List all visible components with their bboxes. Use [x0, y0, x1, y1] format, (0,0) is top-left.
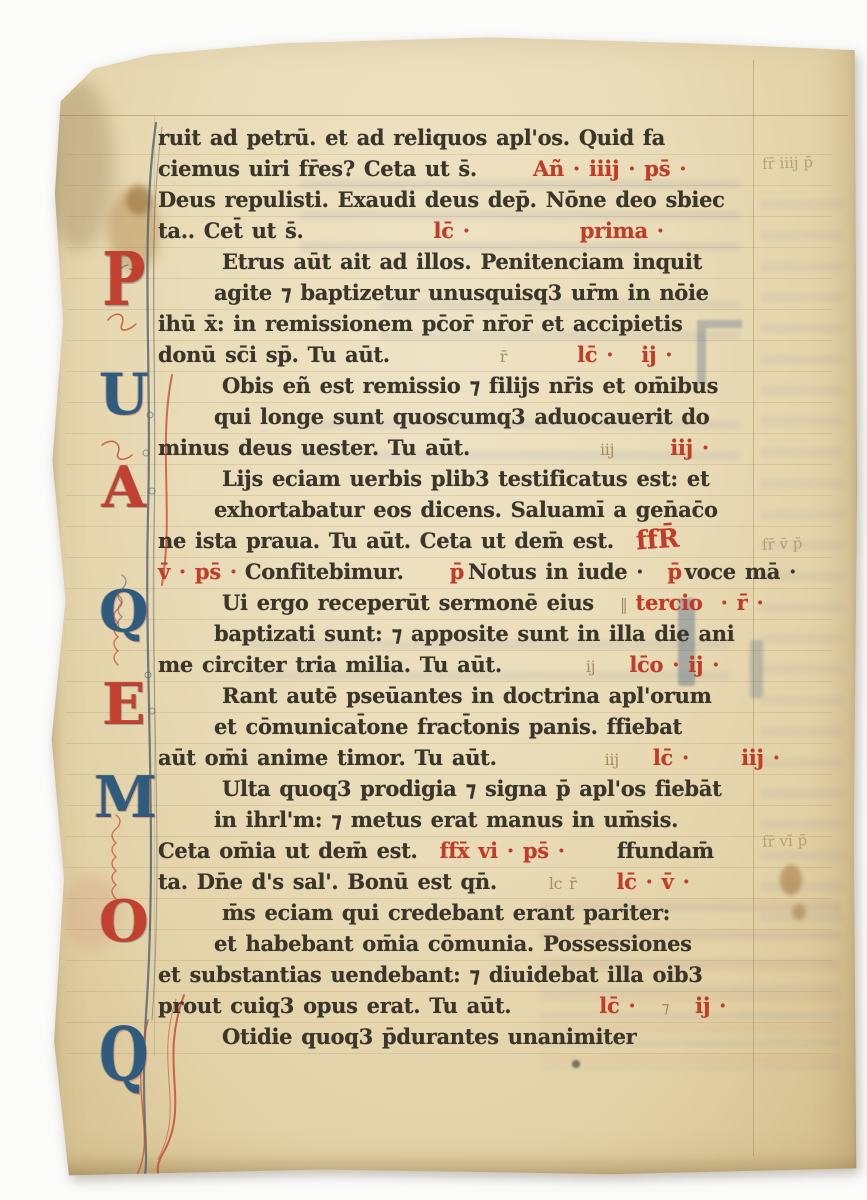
body-text: ihū x̄: in remissionem pc̄or̄ nr̄or̄ et …: [158, 308, 683, 339]
text-line: ne ista praua. Tu aūt. Ceta ut dem̄ est.…: [158, 525, 766, 556]
body-text: qui longe sunt quoscumq3 aduocauerit do: [214, 401, 710, 432]
text-line: Ui ergo receperūt sermonē eius‖tercio· r…: [158, 587, 830, 618]
illuminated-initial: O: [94, 891, 154, 955]
text-line: Deus repulisti. Exaudi deus dep̄. Nōne d…: [158, 184, 766, 215]
body-text: baptizati sunt: ⁊ apposite sunt in illa …: [214, 618, 734, 649]
rubric: iij ·: [741, 742, 780, 773]
rubric: ffx̄ vi · ps̄ ·: [440, 835, 565, 866]
rubric: iij ·: [670, 432, 709, 463]
body-text: Otidie quoq3 p̄durantes unanimiter: [222, 1021, 636, 1052]
body-text: ruit ad petrū. et ad reliquos apl'os. Qu…: [158, 122, 665, 153]
text-line: in ihrl'm: ⁊ metus erat manus in um̄sis.: [158, 804, 822, 835]
marginal-notation: lc r̄: [549, 868, 577, 899]
rubric: p̄: [667, 556, 681, 587]
body-text: aūt om̄i anime timor. Tu aūt.: [158, 742, 497, 773]
margin-note: fr̄ vī p̄: [762, 831, 808, 851]
body-text: Obis eñ est remissio ⁊ filijs nr̄is et o…: [222, 370, 718, 401]
parchment-leaf: ruit ad petrū. et ad reliquos apl'os. Qu…: [36, 20, 858, 1180]
rubric: Añ · iiij · ps̄ ·: [533, 153, 686, 184]
text-line: et cōmunicat̄one fract̄onis panis. ffieb…: [158, 711, 822, 742]
body-text: et substantias uendebant: ⁊ diuidebat il…: [158, 959, 703, 990]
margin-note: fr̄ iiij p̄: [762, 153, 814, 173]
body-text: Etrus aūt ait ad illos. Penitenciam inqu…: [222, 246, 702, 277]
text-line: m̄s eciam qui credebant erant pariter:: [158, 897, 830, 928]
parchment-surface: ruit ad petrū. et ad reliquos apl'os. Qu…: [36, 20, 858, 1180]
illuminated-initial: Q: [94, 1015, 154, 1098]
illuminated-initial: A: [94, 457, 154, 521]
text-line: et habebant om̄ia cōmunia. Possessiones: [158, 928, 822, 959]
body-text: ffundam̄: [617, 835, 714, 866]
text-line: ta.. Cet̄ ut s̄.lc̄ ·prima ·: [158, 215, 766, 246]
body-text: ta. Dn̄e d's sal'. Bonū est qn̄.: [158, 866, 497, 897]
text-line: Rant autē pseūantes in doctrina apl'orum: [158, 680, 830, 711]
text-line: Lijs eciam uerbis plib3 testificatus est…: [158, 463, 830, 494]
rubric: lc̄ ·: [599, 990, 635, 1021]
text-line: Ulta quoq3 prodigia ⁊ signa p̄ apl'os fi…: [158, 773, 830, 804]
rubric: lc̄ ·: [577, 339, 613, 370]
body-text: in ihrl'm: ⁊ metus erat manus in um̄sis.: [214, 804, 678, 835]
body-text: prout cuiq3 opus erat. Tu aūt.: [158, 990, 511, 1021]
body-text: Lijs eciam uerbis plib3 testificatus est…: [222, 463, 709, 494]
rubric: lc̄o · ij ·: [629, 649, 719, 680]
text-line: ihū x̄: in remissionem pc̄or̄ nr̄or̄ et …: [158, 308, 766, 339]
body-text: ta.. Cet̄ ut s̄.: [158, 215, 304, 246]
rubric: ffR̄: [635, 524, 680, 558]
rubric: lc̄ · v̄ ·: [616, 866, 689, 897]
text-line: et substantias uendebant: ⁊ diuidebat il…: [158, 959, 766, 990]
body-text: donū sc̄i sp̄. Tu aūt.: [158, 339, 390, 370]
illuminated-initial: U: [94, 364, 154, 428]
illuminated-initial: M: [94, 767, 154, 831]
illuminated-initial: E: [94, 674, 154, 738]
marginal-notation: iij: [600, 434, 614, 465]
marginal-notation: ‖: [620, 589, 628, 620]
text-line: Otidie quoq3 p̄durantes unanimiter: [158, 1021, 830, 1052]
text-block: ruit ad petrū. et ad reliquos apl'os. Qu…: [158, 122, 766, 1062]
text-line: Ceta om̄ia ut dem̄ est.ffx̄ vi · ps̄ ·ff…: [158, 835, 766, 866]
text-line: ruit ad petrū. et ad reliquos apl'os. Qu…: [158, 122, 766, 153]
text-line: ciemus uiri fr̄es? Ceta ut s̄.Añ · iiij …: [158, 153, 766, 184]
rubric: lc̄ ·: [653, 742, 689, 773]
body-text: m̄s eciam qui credebant erant pariter:: [222, 897, 670, 928]
illuminated-initial: Q: [94, 581, 154, 645]
body-text: ne ista praua. Tu aūt. Ceta ut dem̄ est.: [158, 525, 614, 556]
body-text: voce mā ·: [685, 556, 796, 587]
body-text: et habebant om̄ia cōmunia. Possessiones: [214, 928, 692, 959]
body-text: me circiter tria milia. Tu aūt.: [158, 649, 502, 680]
rubric: ij ·: [695, 990, 726, 1021]
text-line: donū sc̄i sp̄. Tu aūt.r̄lc̄ ·ij ·: [158, 339, 766, 370]
marginal-notation: ⁊: [661, 992, 669, 1023]
rubric: lc̄ ·: [434, 215, 470, 246]
text-line: minus deus uester. Tu aūt.iijiij ·: [158, 432, 766, 463]
text-line: me circiter tria milia. Tu aūt.ijlc̄o · …: [158, 649, 766, 680]
marginal-notation: r̄: [500, 341, 507, 372]
body-text: Rant autē pseūantes in doctrina apl'orum: [222, 680, 712, 711]
rubric: v̄ · ps̄ ·: [158, 556, 237, 587]
marginal-notation: ij: [586, 651, 595, 682]
body-text: Notus in iude ·: [468, 556, 643, 587]
body-text: et cōmunicat̄one fract̄onis panis. ffieb…: [214, 711, 682, 742]
illuminated-initial: P: [94, 240, 154, 323]
text-line: prout cuiq3 opus erat. Tu aūt.lc̄ ·⁊ij ·: [158, 990, 766, 1021]
body-text: Ui ergo receperūt sermonē eius: [222, 587, 594, 618]
rubric: prima ·: [580, 215, 664, 246]
body-text: minus deus uester. Tu aūt.: [158, 432, 470, 463]
text-line: v̄ · ps̄ ·Confitebimur.p̄Notus in iude ·…: [158, 556, 766, 587]
body-text: Confitebimur.: [245, 556, 404, 587]
rubric: · r̄ ·: [721, 587, 764, 618]
text-line: qui longe sunt quoscumq3 aduocauerit do: [158, 401, 822, 432]
marginal-notation: iij: [605, 744, 619, 775]
text-line: aūt om̄i anime timor. Tu aūt.iijlc̄ ·iij…: [158, 742, 766, 773]
body-text: Ulta quoq3 prodigia ⁊ signa p̄ apl'os fi…: [222, 773, 722, 804]
text-line: exhortabatur eos dicens. Saluamī a gen̄a…: [158, 494, 822, 525]
body-text: exhortabatur eos dicens. Saluamī a gen̄a…: [214, 494, 718, 525]
text-line: Obis eñ est remissio ⁊ filijs nr̄is et o…: [158, 370, 830, 401]
text-line: agite ⁊ baptizetur unusquisq3 ur̄m in nō…: [158, 277, 822, 308]
text-line: baptizati sunt: ⁊ apposite sunt in illa …: [158, 618, 822, 649]
rubric: p̄: [450, 556, 464, 587]
rubric: tercio: [636, 587, 703, 618]
body-text: agite ⁊ baptizetur unusquisq3 ur̄m in nō…: [214, 277, 709, 308]
text-line: Etrus aūt ait ad illos. Penitenciam inqu…: [158, 246, 830, 277]
body-text: ciemus uiri fr̄es? Ceta ut s̄.: [158, 153, 477, 184]
body-text: Ceta om̄ia ut dem̄ est.: [158, 835, 418, 866]
margin-note: fr̄ v̄ p̄: [762, 534, 803, 553]
rubric: ij ·: [641, 339, 672, 370]
scanned-manuscript-leaf: ruit ad petrū. et ad reliquos apl'os. Qu…: [0, 0, 867, 1200]
body-text: Deus repulisti. Exaudi deus dep̄. Nōne d…: [158, 184, 725, 215]
text-line: ta. Dn̄e d's sal'. Bonū est qn̄.lc r̄lc̄…: [158, 866, 766, 897]
